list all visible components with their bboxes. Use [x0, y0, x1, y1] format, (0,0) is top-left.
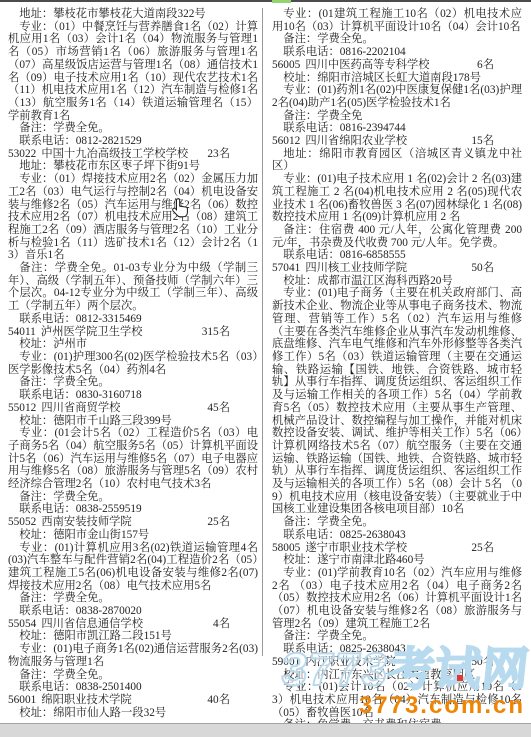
entry-paragraph: 专业：(01)护理300名(02)医学检验技术5名（03）医学影像技术5名（04… [8, 351, 258, 376]
entry-paragraph: 专业：(01)学前教育10名（02）汽车应用与维修2名 （03）电子技术应用2名… [272, 567, 522, 631]
entry-paragraph: 联系电话：0816-2202104 [272, 46, 522, 59]
school-name: 绵阳职业技术学院 [41, 694, 131, 707]
entry-paragraph: 校址：绵阳市仙人路一段32号 [8, 707, 258, 720]
school-quota: 15名 [471, 135, 494, 148]
school-code: 56005 [272, 59, 300, 72]
entry-paragraph: 专业：（01）中餐烹饪与营养膳食1名（02）计算机应用1名（03）会计1名（04… [8, 21, 258, 123]
entry-paragraph: 校址：遂宁市南津北路460号 [272, 554, 522, 567]
school-code: 55052 [8, 516, 36, 529]
entry-paragraph: 联系电话：0838-2559519 [8, 503, 258, 516]
school-code: 58005 [272, 542, 300, 555]
right-column: 专业：(01建筑工程施工10名（02）机电技术应用10名（03）计算机平面设计1… [272, 8, 522, 732]
school-header: 55052西南安装技师学院25名 [8, 516, 258, 529]
school-quota: 25名 [207, 516, 230, 529]
school-header: 56012四川省绵阳农业学校15名 [272, 135, 522, 148]
entry-paragraph: 地址：绵阳市教育园区（涪城区青义镇龙中社区） [272, 148, 522, 173]
entry-paragraph: 专业：（01）焊接技术应用2名（02）金属压力加工2名（03）电气运行与控制2名… [8, 173, 258, 262]
entry-paragraph: 校址：内江市东兴区长江大道教育园区 [272, 669, 522, 682]
top-green-accent [272, 0, 291, 3]
entry-paragraph: 备注：学费全免。 [272, 33, 522, 46]
page-top-border [0, 0, 531, 2]
school-name: 泸州医学院卫生学校 [41, 326, 143, 339]
entry-paragraph: 备注：学费全免。 [8, 669, 258, 682]
school-header: 57041四川核工业技师学院50名 [272, 262, 522, 275]
entry-paragraph: 备注：学费全免。 [8, 491, 258, 504]
left-column: 地址：攀枝花市攀枝花大道南段322号专业：（01）中餐烹饪与营养膳食1名（02）… [8, 8, 258, 719]
entry-paragraph: 联系电话：0825-2638043 [272, 643, 522, 656]
school-header: 56005四川中医药高等专科学校6名 [272, 59, 522, 72]
entry-paragraph: 专业：(01)电子技术应用 1 名(02)会计 2 名(03)建筑工程施工 2 … [272, 173, 522, 224]
school-header: 59001内江职业技术学院50名 [272, 656, 522, 669]
entry-paragraph: 备注：学费全免。 [8, 122, 258, 135]
entry-paragraph: 专业：(01)电子商务1名(02)通信运营服务2名(03)物流服务与管理1名 [8, 643, 258, 668]
school-name: 内江职业技术学院 [305, 656, 395, 669]
entry-paragraph: 联系电话：0838-2501400 [8, 681, 258, 694]
entry-paragraph: 专业：(01)电子商务（主要在机关政府部门、高新技术企业、物流企业等从事电子商务… [272, 287, 522, 516]
school-name: 四川省绵阳农业学校 [305, 135, 407, 148]
entry-paragraph: 专业：(01)药剂1名(02)中医康复保健1名(03)护理2名(04)助产1名(… [272, 84, 522, 109]
school-quota: 315名 [202, 326, 230, 339]
entry-paragraph: 备注：学费全免。 [272, 630, 522, 643]
school-code: 56001 [8, 694, 36, 707]
entry-paragraph: 备注：住宿费 400 元/人年，公寓化管理费 200 元/年，书杂费及代收费 7… [272, 224, 522, 249]
school-code: 55012 [8, 402, 36, 415]
school-code: 55054 [8, 618, 36, 631]
entry-paragraph: 备注：学费全免。 [8, 592, 258, 605]
school-quota: 4名 [213, 618, 230, 631]
entry-paragraph: 专业：(01)会计10名（02）计算机应用10名（03）机电技术应用10名（04… [272, 681, 522, 719]
entry-paragraph: 联系电话：0816-2394744 [272, 122, 522, 135]
entry-paragraph: 专业：(01会计5名（02）工程造价5名（03）电子商务5名（04）航空服务5名… [8, 427, 258, 491]
entry-paragraph: 校址：成都市温江区海科西路20号 [272, 275, 522, 288]
entry-paragraph: 专业：(01)计算机应用3名(02)铁道运输管理4名(03)汽车整车与配件营销2… [8, 542, 258, 593]
entry-paragraph: 专业：(01建筑工程施工10名（02）机电技术应用10名（03）计算机平面设计1… [272, 8, 522, 33]
school-name: 四川中医药高等专科学校 [305, 59, 429, 72]
hand-pointer-icon [172, 198, 189, 218]
bottom-gray-strip [0, 723, 531, 737]
school-quota: 6名 [477, 59, 494, 72]
school-name: 四川省信息通信学校 [41, 618, 143, 631]
school-header: 56001绵阳职业技术学院40名 [8, 694, 258, 707]
entry-paragraph: 地址：攀枝花市东区枣子坪下街91号 [8, 160, 258, 173]
school-code: 56012 [272, 135, 300, 148]
school-quota: 50名 [471, 656, 494, 669]
entry-paragraph: 校址：德阳市千山路三段399号 [8, 415, 258, 428]
school-code: 53022 [8, 148, 36, 161]
school-code: 57041 [272, 262, 300, 275]
entry-paragraph: 联系电话：0838-2870020 [8, 605, 258, 618]
school-header: 55054四川省信息通信学校4名 [8, 618, 258, 631]
school-name: 四川省商贸学校 [41, 402, 120, 415]
entry-paragraph: 校址：绵阳市涪城区长虹大道南段178号 [272, 72, 522, 85]
entry-paragraph: 校址：德阳市金山街157号 [8, 529, 258, 542]
entry-paragraph: 地址：攀枝花市攀枝花大道南段322号 [8, 8, 258, 21]
school-code: 59001 [272, 656, 300, 669]
school-header: 53022中国十九冶高级技工学校学校23名 [8, 148, 258, 161]
entry-paragraph: 联系电话：0825-2638043 [272, 529, 522, 542]
school-quota: 23名 [207, 148, 230, 161]
column-divider [262, 8, 263, 656]
school-name: 西南安装技师学院 [41, 516, 131, 529]
entry-paragraph: 备注：学费全免。 [272, 516, 522, 529]
school-quota: 45名 [207, 402, 230, 415]
entry-paragraph: 校址：泸州市 [8, 338, 258, 351]
entry-paragraph: 备注：学费全免 [272, 110, 522, 123]
entry-paragraph: 联系电话：0830-3160718 [8, 389, 258, 402]
school-quota: 40名 [207, 694, 230, 707]
school-code: 54011 [8, 326, 36, 339]
school-quota: 25名 [471, 542, 494, 555]
school-name: 中国十九冶高级技工学校学校 [41, 148, 188, 161]
entry-paragraph: 备注：学费全免。01-03专业分为中级（学制三年）、高级（学制五年）、预备技师（… [8, 262, 258, 313]
entry-paragraph: 备注：学费全免。 [8, 376, 258, 389]
school-header: 58005遂宁市职业技术学校25名 [272, 542, 522, 555]
school-header: 54011泸州医学院卫生学校315名 [8, 326, 258, 339]
entry-paragraph: 校址：德阳市凯江路二段151号 [8, 630, 258, 643]
entry-paragraph: 联系电话：0816-6858555 [272, 249, 522, 262]
school-name: 四川核工业技师学院 [305, 262, 407, 275]
school-header: 55012四川省商贸学校45名 [8, 402, 258, 415]
entry-paragraph: 联系电话：0812-2821529 [8, 135, 258, 148]
school-name: 遂宁市职业技术学校 [305, 542, 407, 555]
entry-paragraph: 联系电话：0812-3315469 [8, 313, 258, 326]
school-quota: 50名 [471, 262, 494, 275]
